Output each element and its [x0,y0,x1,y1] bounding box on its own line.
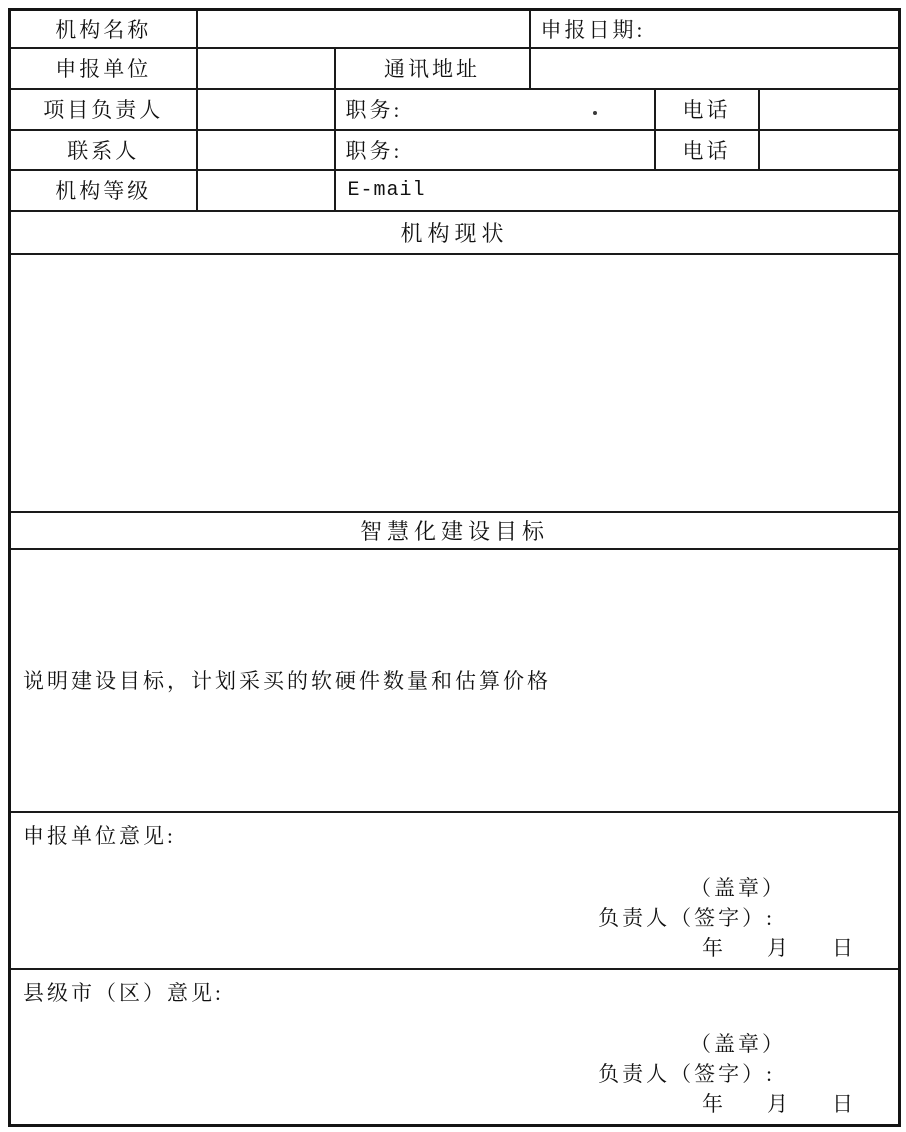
project-leader-label: 项目负责人 [10,89,197,130]
application-form-table: 机构名称 申报日期: 申报单位 通讯地址 项目负责人 职务: 电话 联系人 职务… [8,8,901,1127]
contact-phone-value-cell [759,130,900,170]
org-name-label: 机构名称 [10,10,197,48]
unit-year-label: 年 [702,936,726,960]
row-project-leader: 项目负责人 职务: 电话 [10,89,900,130]
goal-section-header: 智慧化建设目标 [10,512,900,549]
unit-date-line: 年月日 [11,933,898,963]
project-leader-value-cell [197,89,335,130]
row-status-body [10,254,900,512]
org-level-value-cell [197,170,335,211]
county-opinion-signature-block: （盖章） 负责人（签字）: 年月日 [11,1029,898,1119]
apply-unit-label: 申报单位 [10,48,197,89]
org-level-label: 机构等级 [10,170,197,211]
contact-label: 联系人 [10,130,197,170]
county-day-label: 日 [832,1092,856,1116]
address-value-cell [530,48,900,89]
unit-opinion-label: 申报单位意见: [23,820,176,850]
county-date-line: 年月日 [11,1089,898,1119]
status-content-cell [10,254,900,512]
apply-date-label: 申报日期: [530,10,900,48]
row-county-opinion: 县级市（区）意见: （盖章） 负责人（签字）: 年月日 [10,969,900,1126]
address-label: 通讯地址 [335,48,530,89]
row-unit-opinion: 申报单位意见: （盖章） 负责人（签字）: 年月日 [10,812,900,969]
goal-note-text: 说明建设目标，计划采买的软硬件数量和估算价格 [10,549,900,812]
unit-month-label: 月 [767,936,791,960]
county-month-label: 月 [767,1092,791,1116]
leader-position-label: 职务: [335,89,655,130]
unit-stamp-label: （盖章） [11,873,898,903]
row-goal-header: 智慧化建设目标 [10,512,900,549]
status-section-header: 机构现状 [10,211,900,254]
contact-phone-label: 电话 [655,130,759,170]
leader-phone-label: 电话 [655,89,759,130]
county-stamp-label: （盖章） [11,1029,898,1059]
contact-value-cell [197,130,335,170]
row-goal-body: 说明建设目标，计划采买的软硬件数量和估算价格 [10,549,900,812]
unit-sign-label: 负责人（签字）: [11,903,898,933]
unit-day-label: 日 [832,936,856,960]
scan-artifact-dot [593,111,597,115]
row-apply-unit: 申报单位 通讯地址 [10,48,900,89]
row-org-name: 机构名称 申报日期: [10,10,900,48]
apply-unit-value-cell [197,48,335,89]
county-year-label: 年 [702,1092,726,1116]
org-name-value-cell [197,10,530,48]
row-org-level: 机构等级 E-mail [10,170,900,211]
county-opinion-label: 县级市（区）意见: [23,977,224,1007]
contact-position-label: 职务: [335,130,655,170]
county-opinion-cell: 县级市（区）意见: （盖章） 负责人（签字）: 年月日 [10,969,900,1126]
row-status-header: 机构现状 [10,211,900,254]
unit-opinion-signature-block: （盖章） 负责人（签字）: 年月日 [11,873,898,963]
email-label: E-mail [335,170,900,211]
unit-opinion-cell: 申报单位意见: （盖章） 负责人（签字）: 年月日 [10,812,900,969]
leader-phone-value-cell [759,89,900,130]
row-contact: 联系人 职务: 电话 [10,130,900,170]
county-sign-label: 负责人（签字）: [11,1059,898,1089]
